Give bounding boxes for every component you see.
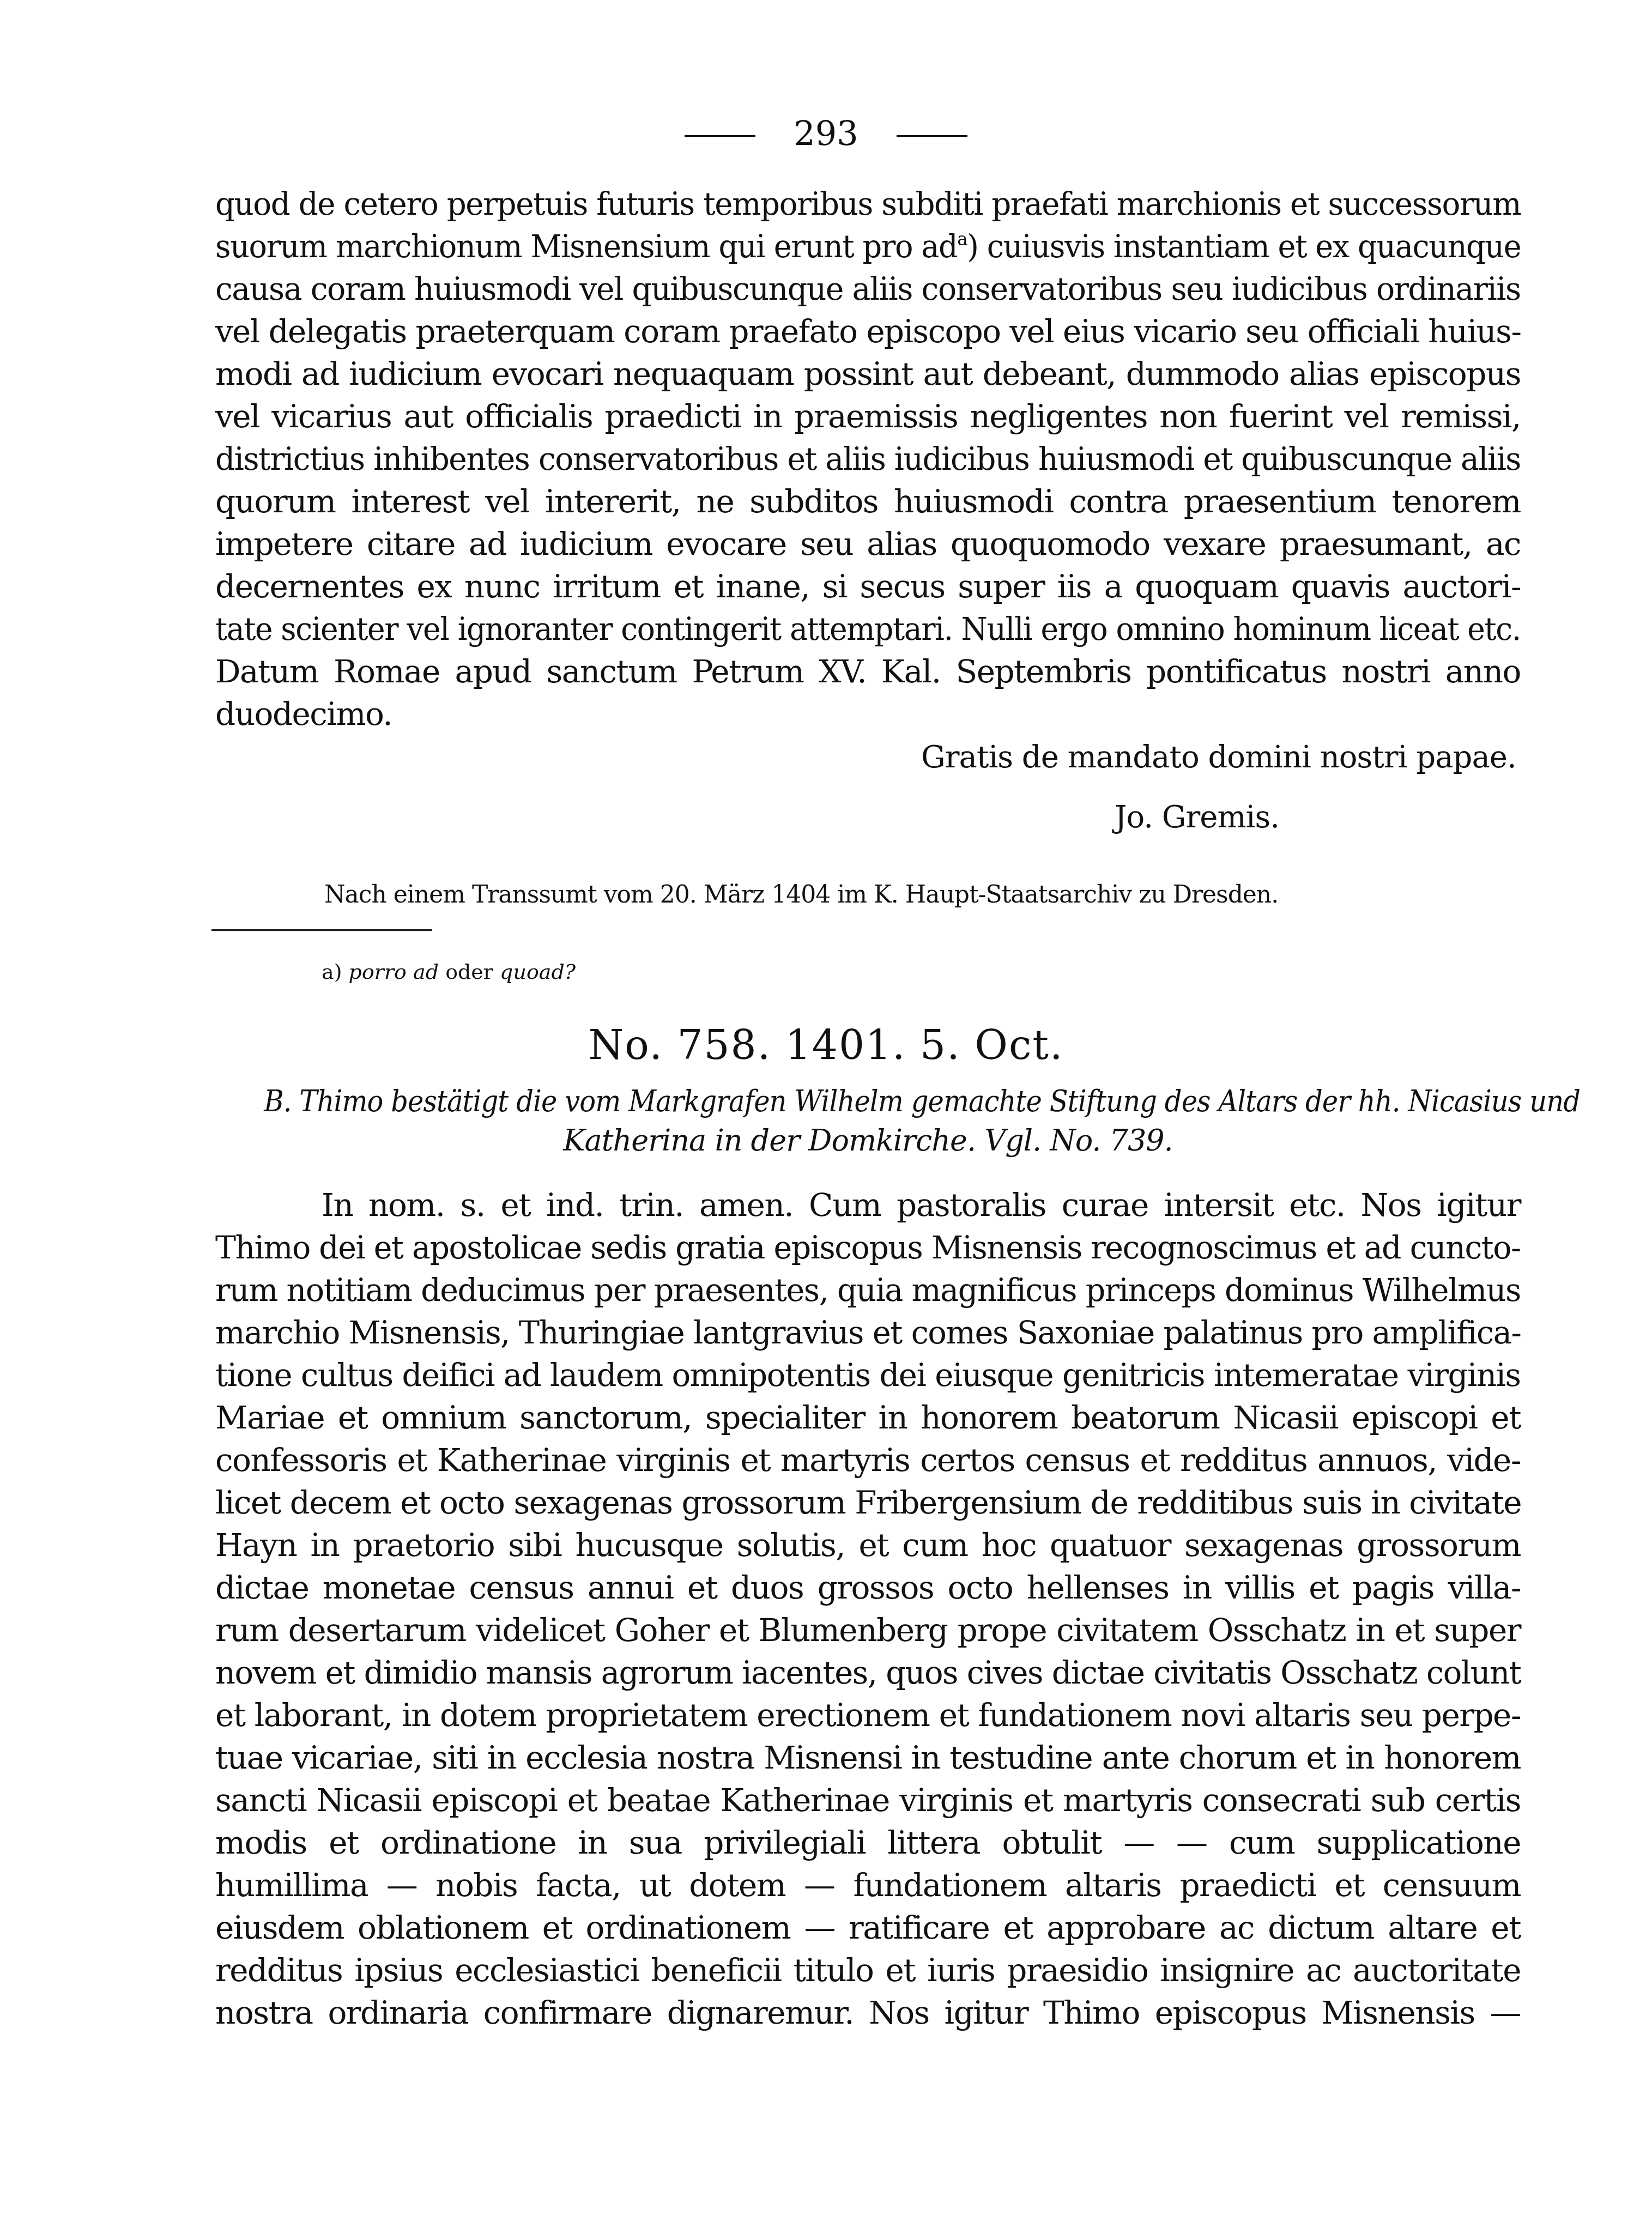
text-line: licet decem et octo sexagenas grossorum … bbox=[215, 1481, 1521, 1524]
text-line: rum notitiam deducimus per praesentes, q… bbox=[215, 1269, 1501, 1311]
footnote: a) porro ad oder quoad? bbox=[322, 958, 576, 985]
text-line: confessoris et Katherinae virginis et ma… bbox=[215, 1439, 1521, 1481]
text-line: Hayn in praetorio sibi hucusque solutis,… bbox=[215, 1524, 1521, 1566]
text-line: districtius inhibentes conservatoribus e… bbox=[215, 438, 1491, 480]
text-line: modi ad iudicium evocari nequaquam possi… bbox=[215, 353, 1521, 395]
signature-name: Jo. Gremis. bbox=[1115, 798, 1279, 837]
regest: B. Thimo bestätigt die vom Markgrafen Wi… bbox=[210, 1082, 1526, 1160]
text-line: decernentes ex nunc irritum et inane, si… bbox=[215, 565, 1521, 608]
regest-line: B. Thimo bestätigt die vom Markgrafen Wi… bbox=[264, 1082, 1472, 1121]
footnote-text: oder bbox=[445, 960, 493, 984]
text-line: vel delegatis praeterquam coram praefato… bbox=[215, 310, 1515, 353]
source-note: Nach einem Transsumt vom 20. März 1404 i… bbox=[324, 879, 1278, 911]
text-line: sancti Nicasii episcopi et beatae Kather… bbox=[215, 1779, 1521, 1821]
text-line: et laborant, in dotem proprietatem erect… bbox=[215, 1694, 1521, 1736]
footnote-mark: a bbox=[957, 228, 967, 250]
document-text: In nom. s. et ind. trin. amen. Cum pasto… bbox=[215, 1184, 1521, 2034]
text-line: tate scienter vel ignoranter contingerit… bbox=[215, 608, 1457, 650]
text-line: quorum interest vel intererit, ne subdit… bbox=[215, 480, 1521, 523]
footnote-marker: a) bbox=[322, 960, 342, 984]
text-line: causa coram huiusmodi vel quibuscunque a… bbox=[215, 268, 1495, 310]
text-line: marchio Misnensis, Thuringiae lantgraviu… bbox=[215, 1311, 1508, 1354]
text-line: Datum Romae apud sanctum Petrum XV. Kal.… bbox=[215, 650, 1521, 693]
text-line: novem et dimidio mansis agrorum iacentes… bbox=[215, 1651, 1508, 1694]
text-line: vel vicarius aut officialis praedicti in… bbox=[215, 395, 1521, 438]
text-line: duodecimo. bbox=[215, 693, 1521, 735]
text-fragment: suorum marchionum Misnensium qui erunt p… bbox=[215, 228, 957, 265]
page-header: 293 bbox=[0, 112, 1652, 155]
text-line: humillima — nobis facta, ut dotem — fund… bbox=[215, 1864, 1521, 1906]
text-fragment: ) cuiusvis instantiam et ex quacunque bbox=[967, 228, 1521, 265]
text-line: redditus ipsius ecclesiastici beneficii … bbox=[215, 1949, 1521, 1991]
text-line: nostra ordinaria confirmare dignaremur. … bbox=[215, 1991, 1521, 2034]
previous-document-text: quod de cetero perpetuis futuris tempori… bbox=[215, 183, 1521, 735]
text-line: tuae vicariae, siti in ecclesia nostra M… bbox=[215, 1736, 1521, 1779]
text-line: Mariae et omnium sanctorum, specialiter … bbox=[215, 1396, 1521, 1439]
signature-gratis: Gratis de mandato domini nostri papae. bbox=[921, 738, 1516, 777]
text-line: impetere citare ad iudicium evocare seu … bbox=[215, 523, 1521, 565]
footnote-italic: quoad? bbox=[500, 960, 576, 984]
text-line-with-footnote: suorum marchionum Misnensium qui erunt p… bbox=[215, 225, 1469, 268]
header-rule-left bbox=[685, 135, 755, 137]
footnote-italic: porro ad bbox=[349, 960, 439, 984]
text-line: tione cultus deifici ad laudem omnipoten… bbox=[215, 1354, 1512, 1396]
regest-line: Katherina in der Domkirche. Vgl. No. 739… bbox=[210, 1121, 1526, 1160]
page-number: 293 bbox=[794, 113, 858, 153]
footnote-divider bbox=[211, 929, 432, 931]
text-line: In nom. s. et ind. trin. amen. Cum pasto… bbox=[215, 1184, 1521, 1226]
header-rule-right bbox=[897, 135, 967, 137]
text-line: quod de cetero perpetuis futuris tempori… bbox=[215, 183, 1481, 225]
text-line: Thimo dei et apostolicae sedis gratia ep… bbox=[215, 1226, 1496, 1269]
text-line: dictae monetae census annui et duos gros… bbox=[215, 1566, 1521, 1609]
text-line: rum desertarum videlicet Goher et Blumen… bbox=[215, 1609, 1521, 1651]
text-line: modis et ordinatione in sua privilegiali… bbox=[215, 1821, 1521, 1864]
document-title: No. 758. 1401. 5. Oct. bbox=[0, 1019, 1652, 1071]
text-line: eiusdem oblationem et ordinationem — rat… bbox=[215, 1906, 1521, 1949]
